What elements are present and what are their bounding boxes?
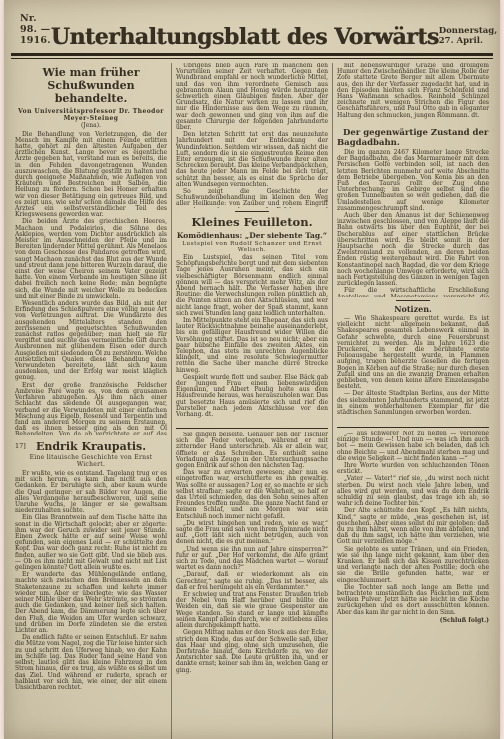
article-continuation-body: Übrigens blieb auch Paré in manchem den … [176,63,328,208]
serial-continuation-body-right: „— aus schwerer Not zu helfen — verloren… [337,431,489,616]
review-continuation: mit liebenswürdiger Grazie und drolligem… [337,63,489,125]
paragraph: — Wie Shakespeare gerettet wurde. Es ist… [337,316,489,390]
serial-header: 17] Endrik Kraupatis. Eine litauische Ge… [15,440,167,468]
issue-number: Nr. 98. — 1916. [20,13,51,48]
paragraph: „Du wirst hingehen und reden, wie es war… [176,521,328,546]
paragraph: Die Tochter saß noch lange am Bette und … [337,585,489,616]
paragraph: Gegen Mittag nahm er den Stock aus der E… [176,630,328,673]
paragraph: Den letzten Schritt tat erst das neunzeh… [176,132,328,188]
masthead: Nr. 98. — 1916. Unterhaltungsblatt des V… [4,0,500,48]
feuilleton-section: Kleines Feuilleton. Komödienhaus: „Der s… [176,208,328,426]
column-left: Wie man früher Schußwunden behandelte. V… [11,63,171,739]
paragraph: „Darauf, daß er wiederkommt als ein Gere… [176,572,328,591]
serial-byline: Eine litauische Geschichte von Ernst Wic… [15,454,167,468]
paragraph: Der Alte schüttelte den Kopf. „Es hilft … [337,508,489,545]
serial-installment-number: 17] [15,442,26,450]
serial-continuation-body: Sie gingen beiseite. Genauer ließ der Ti… [176,432,328,674]
paragraph: Auch über den Amanus ist der Schienenweg… [337,213,489,287]
serial-section: 17] Endrik Kraupatis. Eine litauische Ge… [15,435,167,739]
paragraph: Ihre Worte wurden von schluchzenden Töne… [337,463,489,475]
article-title: Wie man früher Schußwunden behandelte. [15,66,167,106]
serial-continuation-middle: Sie gingen beiseite. Genauer ließ der Ti… [176,432,328,739]
paragraph: Für die wirtschaftliche Erschließung Ana… [337,288,489,297]
paragraph: Er wußte, wie es entstand. Tagelang trug… [15,471,167,514]
serial-continuation-right: „— aus schwerer Not zu helfen — verloren… [337,431,489,739]
paragraph: Ein Lustspiel, das seinen Titel vom Schö… [176,255,328,317]
bagdad-body: Die im ganzen 2467 Kilometer lange Strec… [337,150,489,297]
paragraph: Im Mittelpunkte steht ein Ehepaar, das s… [176,318,328,374]
bagdad-article: Der gegenwärtige Zustand der Bagdadbahn.… [337,125,489,297]
paragraph: „Und wenn sie ihn nun auf Jahre einsperr… [176,547,328,572]
paragraph: Da endlich faßte er seinen Entschluß. Er… [15,635,167,691]
review-body: Ein Lustspiel, das seinen Titel vom Schö… [176,255,328,418]
paragraph: Die Behandlung von Verletzungen, die der… [15,132,167,219]
serial-rule-right [337,427,489,428]
article-schusswunden: Wie man früher Schußwunden behandelte. V… [15,63,167,435]
column-right: mit liebenswürdiger Grazie und drolligem… [332,63,493,739]
serial-rule [176,428,328,429]
paragraph: Übrigens blieb auch Paré in manchem den … [176,63,328,131]
paragraph: Er schwieg und trat ans Fenster. Draußen… [176,592,328,629]
paragraph: Erst der große französische Feldscher Am… [15,383,167,435]
paragraph: Wesentlich anders wurde das Bild, als mi… [15,301,167,382]
article-byline: Von Universitätsprofessor Dr. Theodor Me… [15,108,167,122]
paragraph: mit liebenswürdiger Grazie und drolligem… [337,63,489,119]
paragraph: „— aus schwerer Not zu helfen — verloren… [337,431,489,462]
paragraph: Gespielt wurde flott und sauber. Else Bä… [176,375,328,418]
article-byline-location: (Jena). [15,122,167,129]
notizen-divider [396,300,430,301]
notizen-heading: Notizen. [337,304,489,314]
paragraph: Sie gingen beiseite. Genauer ließ der Ti… [176,432,328,469]
paragraph: Er wanderte das Mühlengelände entlang, m… [15,572,167,634]
newspaper-page: Nr. 98. — 1916. Unterhaltungsblatt des V… [4,0,500,739]
issue-date: Donnerstag, 27. April. [439,26,497,48]
section-divider [235,211,269,212]
notizen-section: Notizen. — Wie Shakespeare gerettet wurd… [337,297,489,425]
review-byline: Lustspiel von Rudolf Schanzer und Ernst … [176,241,328,253]
article-continuation: Übrigens blieb auch Paré in manchem den … [176,63,328,208]
paragraph: Die im ganzen 2467 Kilometer lange Strec… [337,150,489,212]
review-continuation-body: mit liebenswürdiger Grazie und drolligem… [337,63,489,119]
feuilleton-heading: Kleines Feuilleton. [176,215,328,229]
review-subheading: Komödienhaus: „Der siebente Tag.“ [176,231,328,240]
paragraph: Das war zu erwarten gewesen; aber nun es… [176,470,328,520]
bagdad-heading: Der gegenwärtige Zustand der Bagdadbahn. [337,128,489,148]
article-body: Die Behandlung von Verletzungen, die der… [15,132,167,435]
serial-body: Er wußte, wie es entstand. Tagelang trug… [15,471,167,691]
paragraph: Die beiden Ärzte des griechischen Heeres… [15,219,167,300]
paragraph: „Vater — Vater!“ rief sie, „du wirst noc… [337,476,489,507]
notizen-items: — Wie Shakespeare gerettet wurde. Es ist… [337,316,489,416]
paragraph: Ein Glas Branntwein auf dem Tische hätte… [15,515,167,571]
paragraph: — Der älteste Stadtplan Berlins, aus der… [337,391,489,416]
column-layout: Wie man früher Schußwunden behandelte. V… [4,59,500,739]
column-middle: Übrigens blieb auch Paré in manchem den … [171,63,332,739]
to-be-continued-marker: (Schluß folgt.) [337,617,489,624]
paragraph: Sie gelobte es unter Tränen, und ein Fri… [337,547,489,584]
serial-title: Endrik Kraupatis. [15,440,167,453]
paragraph: So zeigt die Geschichte der Schußwundenb… [176,189,328,208]
paper-title: Unterhaltungsblatt des Vorwärts [51,26,439,48]
